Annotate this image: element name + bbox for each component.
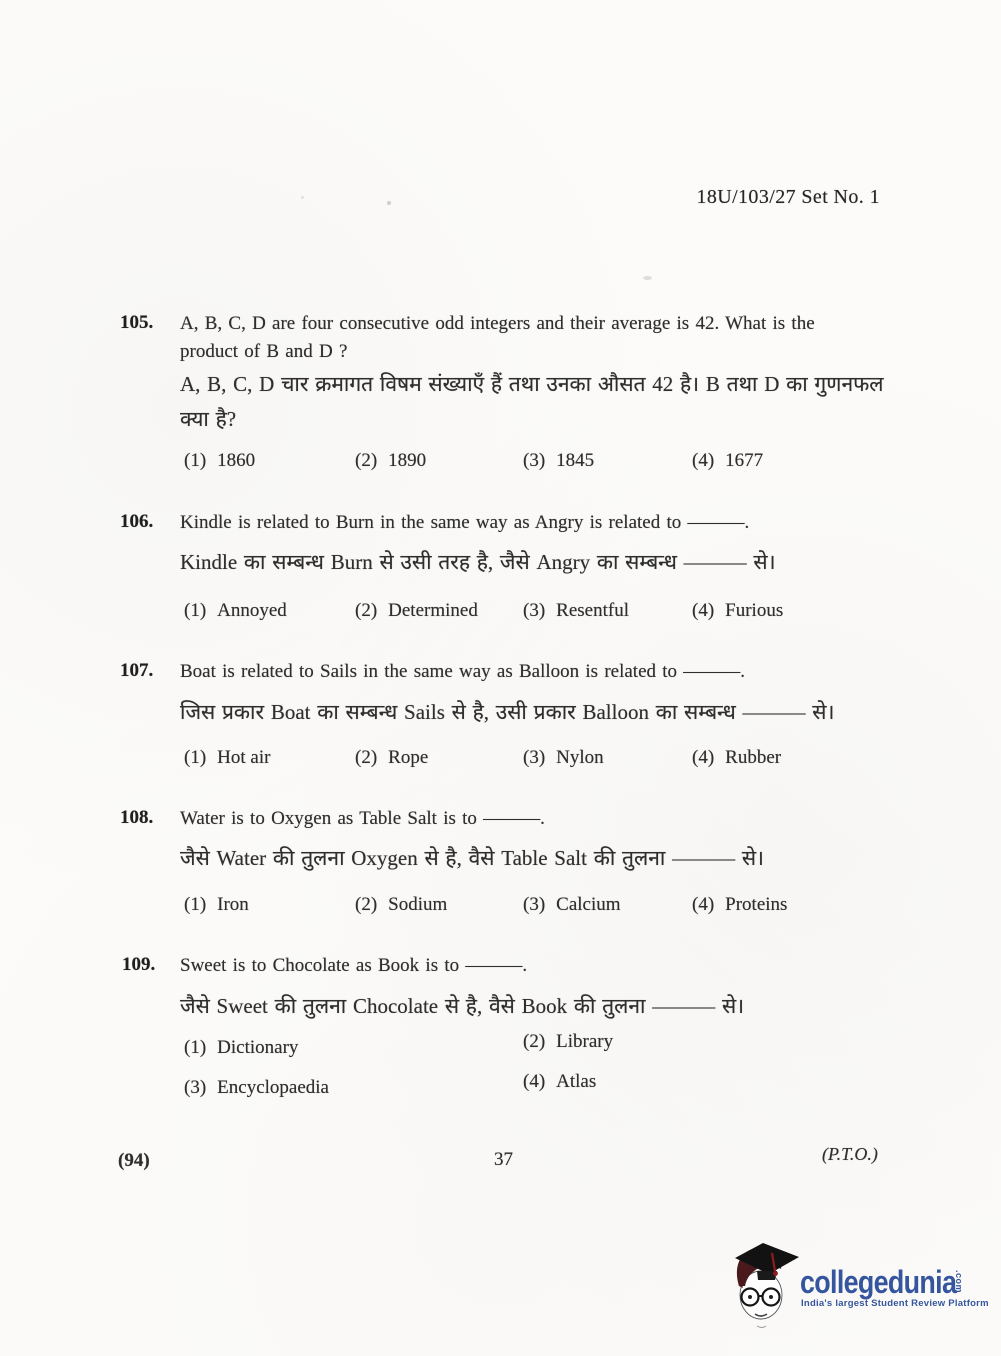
brand-text: collegedunia bbox=[800, 1264, 956, 1301]
option: (4)Atlas bbox=[523, 1071, 596, 1093]
scanned-exam-page: 18U/103/27 Set No. 1 105. A, B, C, D are… bbox=[0, 0, 1001, 1356]
option-text: Rubber bbox=[725, 747, 781, 769]
scan-speck bbox=[301, 196, 304, 199]
option-label: (1) bbox=[184, 1037, 206, 1059]
option-label: (2) bbox=[355, 600, 377, 622]
question-text-hi: जैसे Sweet की तुलना Chocolate से है, वैस… bbox=[180, 993, 744, 1020]
question-text-en: Boat is related to Sails in the same way… bbox=[180, 660, 745, 684]
option-label: (3) bbox=[523, 747, 545, 769]
question-text-hi: क्या है? bbox=[180, 406, 236, 433]
option: (3)Nylon bbox=[523, 747, 604, 769]
question-number: 107. bbox=[120, 660, 153, 682]
option-label: (1) bbox=[184, 747, 206, 769]
option-text: Resentful bbox=[556, 600, 629, 622]
option-label: (4) bbox=[692, 747, 714, 769]
option-text: 1860 bbox=[217, 450, 255, 472]
page-number: 37 bbox=[494, 1149, 513, 1171]
scan-speck bbox=[387, 201, 391, 205]
option: (2)Determined bbox=[355, 600, 478, 622]
brand-tld: .com bbox=[954, 1270, 964, 1293]
question-text-en: Water is to Oxygen as Table Salt is to —… bbox=[180, 807, 545, 831]
option-label: (2) bbox=[355, 450, 377, 472]
option: (2)Library bbox=[523, 1031, 613, 1053]
question-number: 106. bbox=[120, 511, 153, 533]
question-number: 105. bbox=[120, 312, 153, 334]
pto-label: (P.T.O.) bbox=[822, 1144, 878, 1165]
option-text: Dictionary bbox=[217, 1037, 298, 1059]
option-text: Furious bbox=[725, 600, 783, 622]
option-text: Determined bbox=[388, 600, 478, 622]
option-label: (3) bbox=[523, 894, 545, 916]
option-label: (4) bbox=[692, 894, 714, 916]
option: (3)1845 bbox=[523, 450, 594, 472]
option: (2)1890 bbox=[355, 450, 426, 472]
option-text: 1845 bbox=[556, 450, 594, 472]
option-label: (4) bbox=[692, 600, 714, 622]
option-text: Encyclopaedia bbox=[217, 1077, 329, 1099]
option: (4)Proteins bbox=[692, 894, 787, 916]
option-text: Nylon bbox=[556, 747, 604, 769]
option-text: Sodium bbox=[388, 894, 447, 916]
option-text: Calcium bbox=[556, 894, 620, 916]
scan-speck bbox=[643, 276, 652, 280]
option-label: (3) bbox=[523, 450, 545, 472]
brand-tagline: India's largest Student Review Platform bbox=[801, 1298, 989, 1309]
option-text: Iron bbox=[217, 894, 249, 916]
option: (2)Rope bbox=[355, 747, 428, 769]
option-label: (1) bbox=[184, 894, 206, 916]
option: (1)Annoyed bbox=[184, 600, 287, 622]
option-text: 1677 bbox=[725, 450, 763, 472]
question-number: 108. bbox=[120, 807, 153, 829]
question-text-hi: जैसे Water की तुलना Oxygen से है, वैसे T… bbox=[180, 845, 764, 872]
option: (1)1860 bbox=[184, 450, 255, 472]
option: (4)Furious bbox=[692, 600, 783, 622]
question-number: 109. bbox=[122, 954, 155, 976]
question-text-en: Sweet is to Chocolate as Book is to ———. bbox=[180, 954, 527, 978]
logo-mascot-icon bbox=[733, 1242, 801, 1332]
option-text: 1890 bbox=[388, 450, 426, 472]
option: (3)Calcium bbox=[523, 894, 621, 916]
question-text-hi: Kindle का सम्बन्ध Burn से उसी तरह है, जै… bbox=[180, 549, 776, 576]
option-text: Atlas bbox=[556, 1071, 596, 1093]
option-label: (4) bbox=[523, 1071, 545, 1093]
option: (1)Hot air bbox=[184, 747, 270, 769]
option-text: Hot air bbox=[217, 747, 270, 769]
option-label: (3) bbox=[523, 600, 545, 622]
paper-code: 18U/103/27 Set No. 1 bbox=[600, 186, 880, 209]
option-label: (4) bbox=[692, 450, 714, 472]
option-text: Annoyed bbox=[217, 600, 287, 622]
question-text-hi: A, B, C, D चार क्रमागत विषम संख्याएँ हैं… bbox=[180, 371, 884, 398]
option-text: Rope bbox=[388, 747, 428, 769]
option-label: (2) bbox=[355, 894, 377, 916]
question-text-hi: जिस प्रकार Boat का सम्बन्ध Sails से है, … bbox=[180, 699, 834, 726]
option-label: (2) bbox=[355, 747, 377, 769]
option: (4)Rubber bbox=[692, 747, 781, 769]
option: (1)Dictionary bbox=[184, 1037, 298, 1059]
option-text: Library bbox=[556, 1031, 613, 1053]
question-text-en: Kindle is related to Burn in the same wa… bbox=[180, 511, 749, 535]
option-label: (1) bbox=[184, 600, 206, 622]
booklet-number: (94) bbox=[118, 1150, 150, 1172]
option-label: (2) bbox=[523, 1031, 545, 1053]
collegedunia-logo: collegedunia .com India's largest Studen… bbox=[733, 1240, 1001, 1340]
option: (2)Sodium bbox=[355, 894, 447, 916]
option: (3)Resentful bbox=[523, 600, 629, 622]
option-text: Proteins bbox=[725, 894, 787, 916]
option: (3)Encyclopaedia bbox=[184, 1077, 329, 1099]
question-text-en: A, B, C, D are four consecutive odd inte… bbox=[180, 312, 815, 336]
option: (4)1677 bbox=[692, 450, 763, 472]
option-label: (1) bbox=[184, 450, 206, 472]
question-text-en: product of B and D ? bbox=[180, 340, 347, 364]
option: (1)Iron bbox=[184, 894, 249, 916]
option-label: (3) bbox=[184, 1077, 206, 1099]
